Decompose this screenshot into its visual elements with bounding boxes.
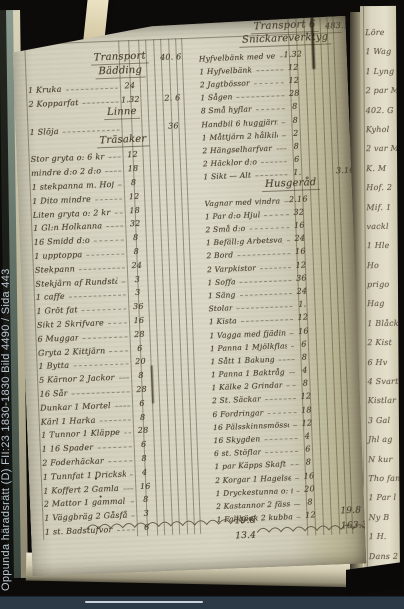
amount-cell: 36 xyxy=(126,302,150,312)
leader-line xyxy=(82,309,127,312)
amount-cell: 4 xyxy=(295,431,319,441)
amount-cell: 6 xyxy=(128,343,152,353)
leader-line xyxy=(237,253,290,256)
total-value: 19.6 xyxy=(234,514,255,530)
right-page-text-fragment: 1 Hle xyxy=(362,241,398,261)
right-page-text-fragment: 1 Lyng xyxy=(360,67,396,87)
right-page-text-fragment: K. M xyxy=(361,164,397,184)
amount-cell: 12 xyxy=(282,75,306,85)
leader-line xyxy=(264,438,297,440)
amount-cell: 1. xyxy=(285,168,309,178)
right-page-text-fragment: 3 Gal xyxy=(363,416,399,436)
amount-cell: 12 xyxy=(120,150,144,160)
amount-cell: 40. 6 xyxy=(155,52,187,62)
amount-cell: 18 xyxy=(294,405,318,415)
amount-cell: 16 xyxy=(297,471,321,481)
amount-cell: 16 xyxy=(288,247,312,257)
amount-cell: 12 xyxy=(289,260,313,270)
leader-line xyxy=(83,336,128,339)
right-page-text-fragment: 1 H. xyxy=(364,532,400,552)
leader-line xyxy=(106,226,123,228)
right-page-text-fragment: 4 Svart xyxy=(363,377,399,397)
leader-line xyxy=(97,446,131,448)
leader-line xyxy=(105,171,121,173)
amount-cell: 8 xyxy=(121,178,145,188)
amount-cell: 2 xyxy=(284,128,308,138)
leader-line xyxy=(114,212,122,213)
amount-cell: 28 xyxy=(129,384,153,394)
ink-speck xyxy=(100,496,102,498)
leader-line xyxy=(241,319,293,322)
leader-line xyxy=(254,82,284,84)
leader-line xyxy=(255,174,287,176)
amount-cell: 6 xyxy=(285,154,309,164)
amount-cell: 12 xyxy=(294,392,318,402)
leader-line xyxy=(69,295,126,298)
right-page-text-fragment: 1 Blåck xyxy=(362,319,398,339)
leader-line xyxy=(72,391,130,394)
right-page-text-fragment: 2 Kist xyxy=(362,338,398,358)
leader-line xyxy=(119,377,129,378)
right-page-text-fragment: Kyhol xyxy=(361,125,397,145)
amount-cell: 8 xyxy=(296,457,320,467)
column-total: 19.6 13.4 xyxy=(234,514,256,545)
leader-line xyxy=(79,267,125,270)
amount-cell: 6 xyxy=(296,444,320,454)
amount-cell: 8 xyxy=(124,246,148,256)
amount-cell: 12 xyxy=(298,510,322,520)
leader-line xyxy=(249,227,289,230)
amount-cell: 32 xyxy=(287,207,311,217)
amount-cell: 8 xyxy=(298,497,322,507)
amount-cell: 12 xyxy=(291,312,315,322)
document-photo[interactable]: Löre1 Wag1 Lyng2 par M402. GKyhol2 var M… xyxy=(0,0,404,597)
amount-cell: 8 xyxy=(293,378,317,388)
leader-line xyxy=(95,198,122,200)
leader-line xyxy=(265,451,298,453)
leader-line xyxy=(123,488,133,489)
ledger-column-right: Transport 6483.18SnickareverktygHyfvelbä… xyxy=(198,18,363,524)
right-page-text-fragment: Ho xyxy=(362,261,398,281)
amount-cell: 2.16 xyxy=(286,194,310,204)
source-caption: Oppunda häradsrätt (D) FII:23 1830-1830 … xyxy=(0,255,15,591)
amount-cell: 1.32 xyxy=(281,49,305,59)
leader-line xyxy=(108,157,120,158)
amount-cell: 8 xyxy=(129,371,153,381)
leader-line xyxy=(86,253,124,255)
amount-cell: 6 xyxy=(130,398,154,408)
amount-cell: 8 xyxy=(292,352,316,362)
right-page-text-fragment: 2 var M xyxy=(361,144,397,164)
right-page-text-fragment: N kur xyxy=(363,454,399,474)
right-page-text-fragment: vackl xyxy=(362,222,398,242)
amount-cell: 3 xyxy=(125,274,149,284)
amount-cell: 28 xyxy=(282,88,306,98)
leader-line xyxy=(264,214,289,216)
leader-line xyxy=(108,460,132,462)
amount-cell: 6 xyxy=(292,339,316,349)
amount-cell: 16 xyxy=(291,326,315,336)
amount-cell: 1. xyxy=(290,299,314,309)
amount-cell: 8 xyxy=(130,412,154,422)
amount-cell: 8 xyxy=(132,453,156,463)
amount-cell: 8 xyxy=(284,141,308,151)
leader-line xyxy=(63,129,120,132)
leader-line xyxy=(240,280,292,283)
amount-cell: 12 xyxy=(281,62,305,72)
ink-speck xyxy=(95,478,97,480)
amount-cell: 18 xyxy=(121,164,145,174)
right-page-text-fragment: Kistlar xyxy=(363,396,399,416)
archive-viewer: Löre1 Wag1 Lyng2 par M402. GKyhol2 var M… xyxy=(0,0,404,609)
amount-cell: 28 xyxy=(131,426,155,436)
amount-cell: 20 xyxy=(128,357,152,367)
horizontal-scrollbar[interactable] xyxy=(85,601,203,603)
amount-cell: 12 xyxy=(122,191,146,201)
right-page-text-fragment: prigo xyxy=(362,280,398,300)
leader-line xyxy=(109,350,128,352)
amount-cell: 12 xyxy=(295,418,319,428)
amount-cell: 36 xyxy=(157,121,189,131)
leader-line xyxy=(260,267,291,269)
right-page-text-fragment: 1 Par l xyxy=(363,493,399,513)
leader-line xyxy=(73,364,128,367)
right-page-text-fragment: Hof. 2 xyxy=(361,183,397,203)
leader-line xyxy=(66,88,118,91)
amount-cell: 4 xyxy=(293,365,317,375)
amount-cell: 1.32 xyxy=(118,95,142,105)
leader-line xyxy=(94,240,124,242)
leader-line xyxy=(256,108,285,110)
leader-line xyxy=(240,293,292,296)
right-page-text-fragment: 402. G xyxy=(361,105,397,125)
right-page-text-fragment: 1 Wag xyxy=(360,47,396,67)
leader-line xyxy=(108,322,127,324)
amount-cell: 24 xyxy=(290,286,314,296)
leader-line xyxy=(124,433,131,434)
left-page: Transport40. 6Bädding1 Kruka242 Kopparfa… xyxy=(12,16,367,576)
amount-cell: 20 xyxy=(297,484,321,494)
amount-cell: 6 xyxy=(132,440,156,450)
leader-line xyxy=(256,69,283,71)
amount-cell: 8 xyxy=(134,495,158,505)
leader-line xyxy=(261,161,287,163)
amount-cell: 3 xyxy=(134,508,158,518)
amount-cell: 16 xyxy=(127,315,151,325)
leader-line xyxy=(237,306,293,309)
amount-cell: 8 xyxy=(124,233,148,243)
amount-cell: 4 xyxy=(133,467,157,477)
amount-cell: 24 xyxy=(118,81,142,91)
amount-cell: 24 xyxy=(288,233,312,243)
leader-line xyxy=(100,419,131,421)
right-page-text-fragment: Mif. 1 xyxy=(361,202,397,222)
amount-cell: 36 xyxy=(289,273,313,283)
amount-cell: 2. 6 xyxy=(156,93,188,103)
amount-cell: 16 xyxy=(287,220,311,230)
right-page-text-fragment: Hag xyxy=(362,299,398,319)
amount-cell: 8 xyxy=(283,102,307,112)
right-page-edge: Löre1 Wag1 Lyng2 par M402. GKyhol2 var M… xyxy=(360,6,400,578)
right-page-text-fragment: 2 par M xyxy=(361,86,397,106)
amount-cell: 18 xyxy=(122,205,146,215)
right-page-text-fragment: Tho fan xyxy=(363,474,399,494)
amount-cell: 16 xyxy=(133,481,157,491)
right-page-text-fragment: Löre xyxy=(360,28,396,48)
leader-line xyxy=(265,398,296,400)
amount-cell: 3 xyxy=(126,288,150,298)
amount-cell: 28 xyxy=(127,329,151,339)
bottom-bar xyxy=(0,596,404,609)
amount-cell: 8 xyxy=(283,115,307,125)
total-value: 13.4 xyxy=(235,529,256,545)
ledger-column-left: Transport40. 6Bädding1 Kruka242 Kopparfa… xyxy=(27,48,203,537)
amount-cell: 24 xyxy=(125,260,149,270)
leader-line xyxy=(237,95,285,98)
leader-line xyxy=(115,405,130,407)
amount-cell: 32 xyxy=(123,219,147,229)
right-page-text-fragment: Ny B xyxy=(364,513,400,533)
leader-line xyxy=(83,102,119,104)
leader-line xyxy=(267,412,296,414)
right-page-text-fragment: Jhl ag xyxy=(363,435,399,455)
right-page-text-fragment: 6 Hv xyxy=(362,358,398,378)
